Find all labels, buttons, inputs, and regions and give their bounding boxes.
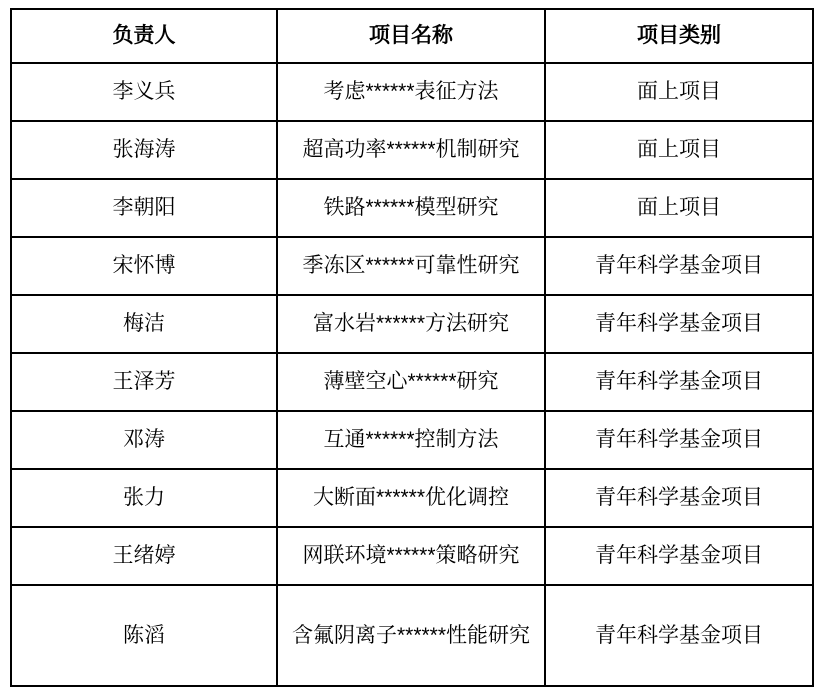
table-row: 王绪婷 网联环境******策略研究 青年科学基金项目	[11, 527, 813, 585]
cell-project-category: 青年科学基金项目	[545, 527, 813, 585]
cell-project-name: 网联环境******策略研究	[277, 527, 545, 585]
cell-project-category: 青年科学基金项目	[545, 585, 813, 686]
cell-project-name: 互通******控制方法	[277, 411, 545, 469]
header-project-category: 项目类别	[545, 9, 813, 63]
cell-project-category: 青年科学基金项目	[545, 295, 813, 353]
cell-responsible-person: 王绪婷	[11, 527, 277, 585]
cell-project-category: 面上项目	[545, 121, 813, 179]
table-row: 邓涛 互通******控制方法 青年科学基金项目	[11, 411, 813, 469]
cell-project-name: 含氟阴离子******性能研究	[277, 585, 545, 686]
cell-project-category: 面上项目	[545, 63, 813, 121]
cell-project-name: 薄壁空心******研究	[277, 353, 545, 411]
table-row: 梅洁 富水岩******方法研究 青年科学基金项目	[11, 295, 813, 353]
cell-responsible-person: 李朝阳	[11, 179, 277, 237]
table-header-row: 负责人 项目名称 项目类别	[11, 9, 813, 63]
cell-responsible-person: 张海涛	[11, 121, 277, 179]
table-row: 李朝阳 铁路******模型研究 面上项目	[11, 179, 813, 237]
table-row: 宋怀博 季冻区******可靠性研究 青年科学基金项目	[11, 237, 813, 295]
cell-project-name: 季冻区******可靠性研究	[277, 237, 545, 295]
cell-responsible-person: 王泽芳	[11, 353, 277, 411]
table-row: 王泽芳 薄壁空心******研究 青年科学基金项目	[11, 353, 813, 411]
header-project-name: 项目名称	[277, 9, 545, 63]
cell-responsible-person: 邓涛	[11, 411, 277, 469]
cell-project-category: 青年科学基金项目	[545, 411, 813, 469]
header-responsible-person: 负责人	[11, 9, 277, 63]
cell-project-category: 面上项目	[545, 179, 813, 237]
cell-project-name: 考虑******表征方法	[277, 63, 545, 121]
cell-project-name: 超高功率******机制研究	[277, 121, 545, 179]
project-table: 负责人 项目名称 项目类别 李义兵 考虑******表征方法 面上项目 张海涛 …	[10, 8, 814, 687]
cell-responsible-person: 陈滔	[11, 585, 277, 686]
cell-project-name: 铁路******模型研究	[277, 179, 545, 237]
table-row: 陈滔 含氟阴离子******性能研究 青年科学基金项目	[11, 585, 813, 686]
cell-responsible-person: 宋怀博	[11, 237, 277, 295]
cell-responsible-person: 李义兵	[11, 63, 277, 121]
cell-responsible-person: 梅洁	[11, 295, 277, 353]
cell-project-category: 青年科学基金项目	[545, 237, 813, 295]
cell-project-category: 青年科学基金项目	[545, 469, 813, 527]
table-row: 张海涛 超高功率******机制研究 面上项目	[11, 121, 813, 179]
table-row: 张力 大断面******优化调控 青年科学基金项目	[11, 469, 813, 527]
table-row: 李义兵 考虑******表征方法 面上项目	[11, 63, 813, 121]
cell-responsible-person: 张力	[11, 469, 277, 527]
cell-project-name: 大断面******优化调控	[277, 469, 545, 527]
cell-project-category: 青年科学基金项目	[545, 353, 813, 411]
cell-project-name: 富水岩******方法研究	[277, 295, 545, 353]
